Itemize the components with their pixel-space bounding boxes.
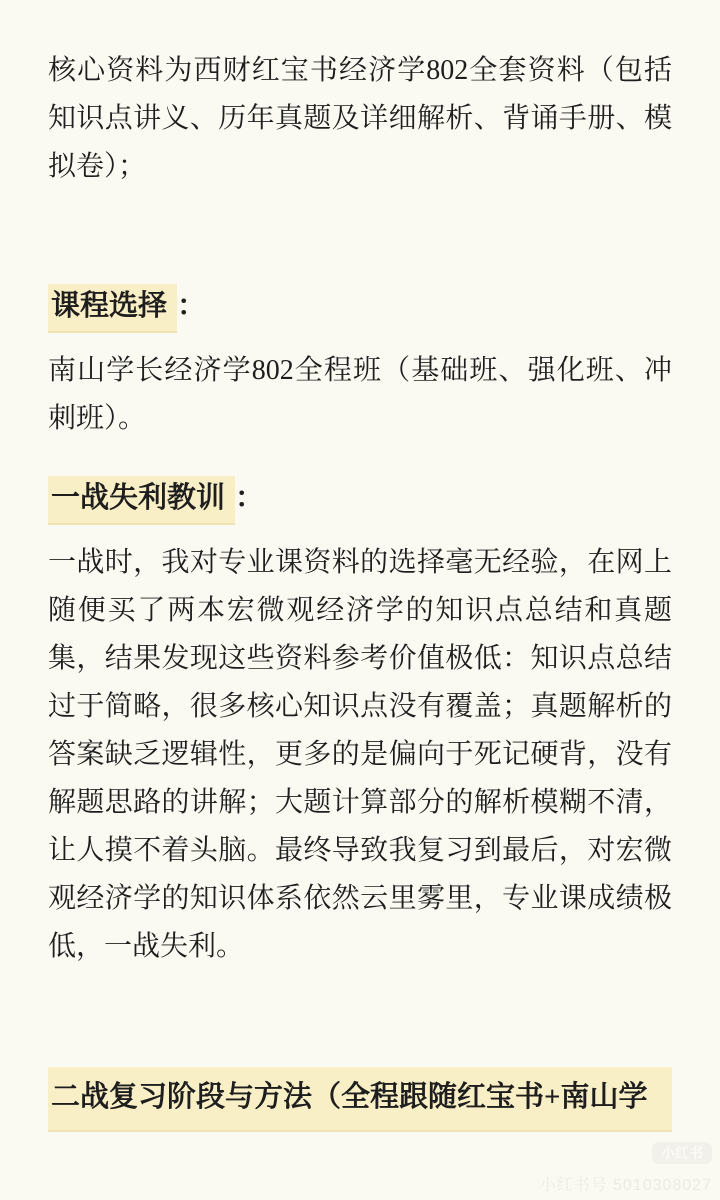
heading-highlight-course-choice: 课程选择 (48, 284, 177, 333)
heading-colon: ： (177, 290, 206, 322)
xiaohongshu-logo-badge: 小红书 (652, 1142, 712, 1164)
heading-highlight-first-attempt-lesson: 一战失利教训 (48, 476, 235, 525)
xiaohongshu-account-watermark: 小红书号 5010308027 (540, 1172, 712, 1195)
heading-highlight-second-attempt-method: 二战复习阶段与方法（全程跟随红宝书+南山学 (48, 1067, 672, 1132)
paragraph-first-attempt-experience: 一战时，我对专业课资料的选择毫无经验，在网上随便买了两本宏微观经济学的知识点总结… (48, 539, 672, 971)
note-page: 核心资料为西财红宝书经济学802全套资料（包括知识点讲义、历年真题及详细解析、背… (0, 0, 720, 1200)
note-content: 核心资料为西财红宝书经济学802全套资料（包括知识点讲义、历年真题及详细解析、背… (48, 0, 672, 1132)
section-heading-first-attempt-lesson: 一战失利教训： (48, 474, 672, 522)
section-heading-course-choice: 课程选择： (48, 282, 672, 330)
paragraph-course-selection: 南山学长经济学802全程班（基础班、强化班、冲刺班）。 (48, 347, 672, 443)
paragraph-core-materials: 核心资料为西财红宝书经济学802全套资料（包括知识点讲义、历年真题及详细解析、背… (48, 47, 672, 191)
heading-colon: ： (235, 482, 264, 514)
section-heading-second-attempt-method: 二战复习阶段与方法（全程跟随红宝书+南山学 (48, 1067, 672, 1132)
